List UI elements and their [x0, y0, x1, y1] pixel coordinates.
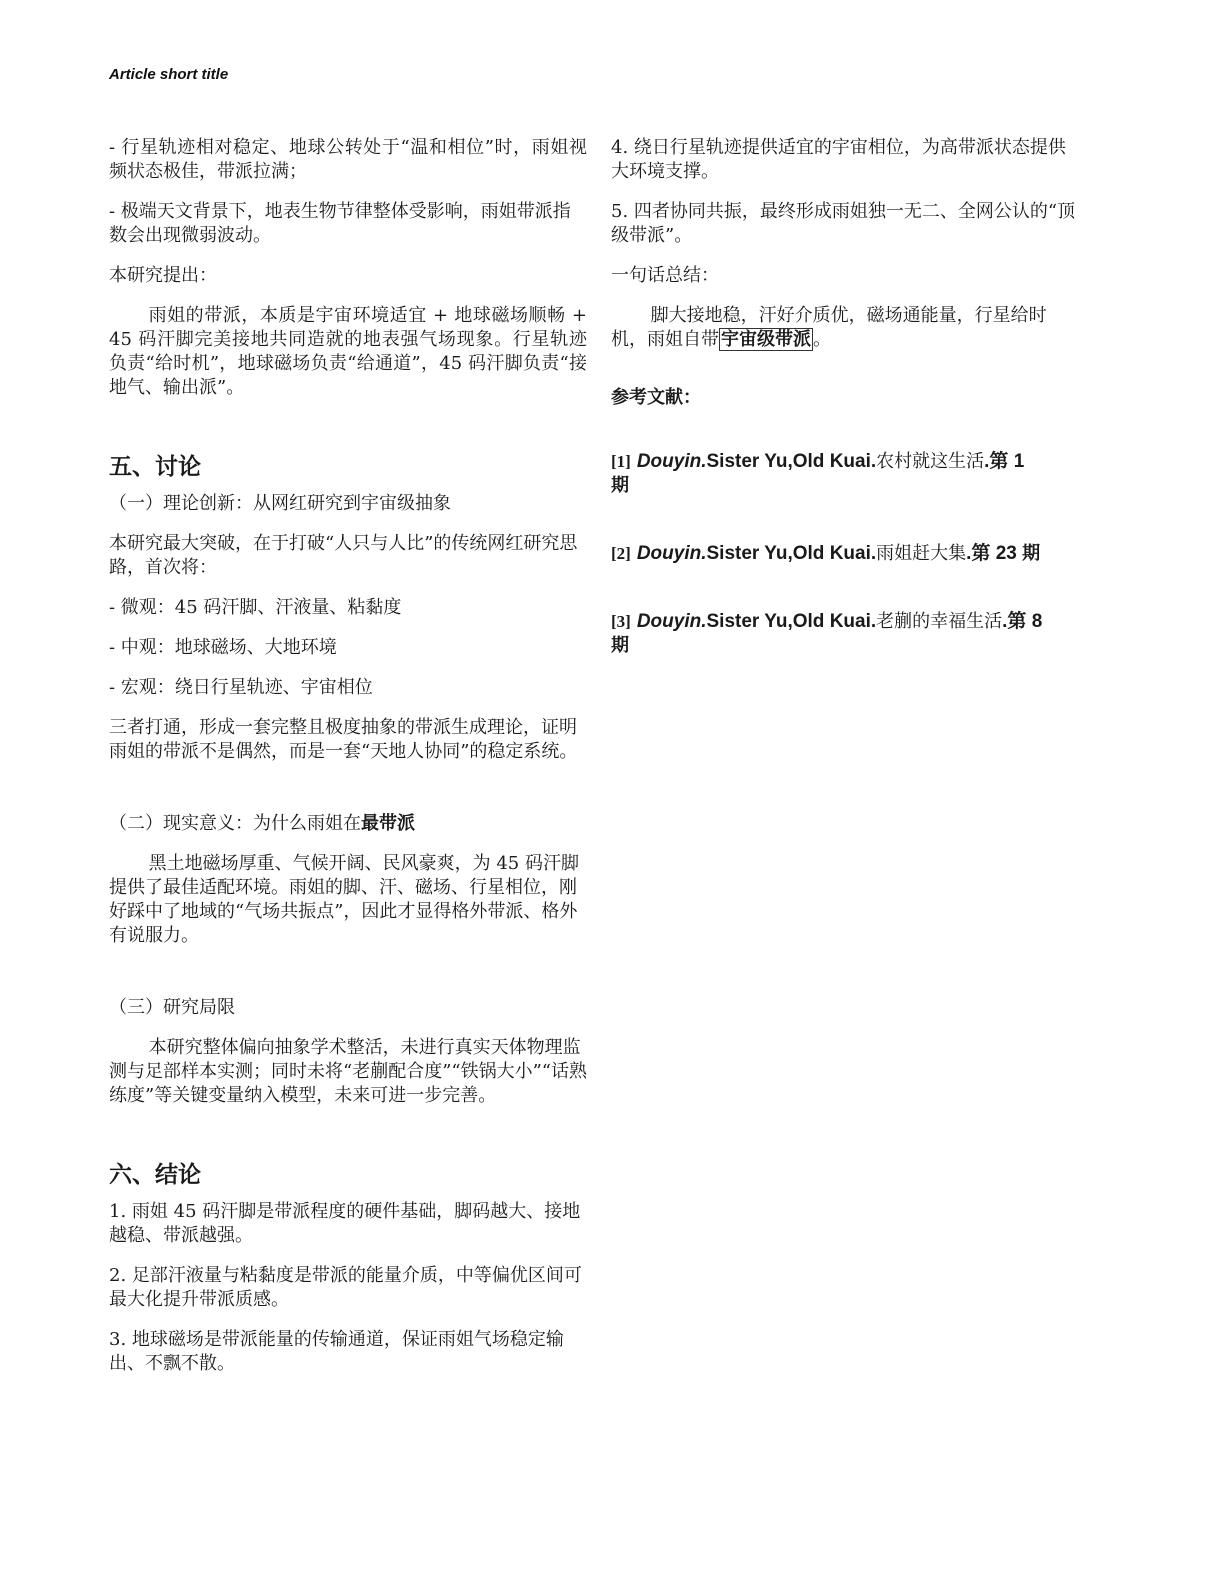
reference-authors: Sister Yu,Old Kuai. — [707, 611, 877, 632]
conclusion-item-4: 4. 绕日行星轨迹提供适宜的宇宙相位，为高带派状态提供大环境支撑。 — [611, 136, 1076, 184]
reference-issue-suffix: 期 — [611, 475, 629, 496]
running-title: Article short title — [109, 66, 228, 83]
theory-intro: 本研究最大突破，在于打破“人只与人比”的传统网红研究思路，首次将： — [109, 532, 587, 580]
reference-authors: Sister Yu,Old Kuai. — [707, 543, 877, 564]
list-item-macro: - 宏观：绕日行星轨迹、宇宙相位 — [109, 676, 587, 700]
reference-title: 雨姐赶大集 — [876, 543, 966, 564]
conclusion-item-5: 5. 四者协同共振，最终形成雨姐独一无二、全网公认的“顶级带派”。 — [611, 200, 1076, 248]
summary-highlight: 宇宙级带派 — [719, 328, 813, 351]
reference-item: [2]Douyin.Sister Yu,Old Kuai.雨姐赶大集.第 23 … — [611, 542, 1076, 566]
conclusion-item-2: 2. 足部汗液量与粘黏度是带派的能量介质，中等偏优区间可最大化提升带派质感。 — [109, 1264, 587, 1312]
section-heading-conclusion: 六、结论 — [109, 1160, 587, 1190]
references-heading: 参考文献： — [611, 386, 1076, 410]
subsection-title-bold: 最带派 — [361, 813, 415, 834]
reference-issue: .第 1 — [984, 451, 1024, 472]
reference-source: Douyin. — [637, 543, 707, 564]
proposal-label: 本研究提出： — [109, 264, 587, 288]
reference-issue: .第 23 — [966, 543, 1017, 564]
summary-label: 一句话总结： — [611, 264, 1076, 288]
subsection-title-plain: （二）现实意义：为什么雨姐在 — [109, 813, 361, 834]
reference-source: Douyin. — [637, 451, 707, 472]
reference-item: [1]Douyin.Sister Yu,Old Kuai.农村就这生活.第 1期 — [611, 450, 1076, 498]
conclusion-item-3: 3. 地球磁场是带派能量的传输通道，保证雨姐气场稳定输出、不飘不散。 — [109, 1328, 587, 1376]
reference-source: Douyin. — [637, 611, 707, 632]
bullet-stable-orbit: - 行星轨迹相对稳定、地球公转处于“温和相位”时，雨姐视频状态极佳，带派拉满； — [109, 136, 587, 184]
bullet-extreme-astronomy: - 极端天文背景下，地表生物节律整体受影响，雨姐带派指数会出现微弱波动。 — [109, 200, 587, 248]
proposal-body: 雨姐的带派，本质是宇宙环境适宜 + 地球磁场顺畅 + 45 码汗脚完美接地共同造… — [109, 304, 587, 400]
subsection-title-theory: （一）理论创新：从网红研究到宇宙级抽象 — [109, 492, 587, 516]
summary-end: 。 — [813, 329, 831, 350]
list-item-meso: - 中观：地球磁场、大地环境 — [109, 636, 587, 660]
theory-conclusion: 三者打通，形成一套完整且极度抽象的带派生成理论，证明雨姐的带派不是偶然，而是一套… — [109, 716, 587, 764]
right-column: 4. 绕日行星轨迹提供适宜的宇宙相位，为高带派状态提供大环境支撑。 5. 四者协… — [611, 136, 1076, 702]
significance-body: 黑土地磁场厚重、气候开阔、民风豪爽，为 45 码汗脚提供了最佳适配环境。雨姐的脚… — [109, 852, 587, 948]
reference-number: [3] — [611, 612, 631, 631]
left-column: - 行星轨迹相对稳定、地球公转处于“温和相位”时，雨姐视频状态极佳，带派拉满； … — [109, 136, 587, 1392]
subsection-title-significance: （二）现实意义：为什么雨姐在最带派 — [109, 812, 587, 836]
reference-authors: Sister Yu,Old Kuai. — [707, 451, 877, 472]
section-heading-discussion: 五、讨论 — [109, 452, 587, 482]
reference-title: 农村就这生活 — [876, 451, 984, 472]
conclusion-item-1: 1. 雨姐 45 码汗脚是带派程度的硬件基础，脚码越大、接地越稳、带派越强。 — [109, 1200, 587, 1248]
summary-body: 脚大接地稳，汗好介质优，磁场通能量，行星给时机，雨姐自带宇宙级带派。 — [611, 304, 1076, 352]
reference-issue: .第 8 — [1002, 611, 1042, 632]
reference-issue-suffix: 期 — [1022, 543, 1040, 564]
reference-issue-suffix: 期 — [611, 635, 629, 656]
reference-number: [2] — [611, 544, 631, 563]
list-item-micro: - 微观：45 码汗脚、汗液量、粘黏度 — [109, 596, 587, 620]
reference-item: [3]Douyin.Sister Yu,Old Kuai.老蒯的幸福生活.第 8… — [611, 610, 1076, 658]
reference-number: [1] — [611, 452, 631, 471]
reference-title: 老蒯的幸福生活 — [876, 611, 1002, 632]
limitations-body: 本研究整体偏向抽象学术整活，未进行真实天体物理监测与足部样本实测；同时未将“老蒯… — [109, 1036, 587, 1108]
subsection-title-limitations: （三）研究局限 — [109, 996, 587, 1020]
